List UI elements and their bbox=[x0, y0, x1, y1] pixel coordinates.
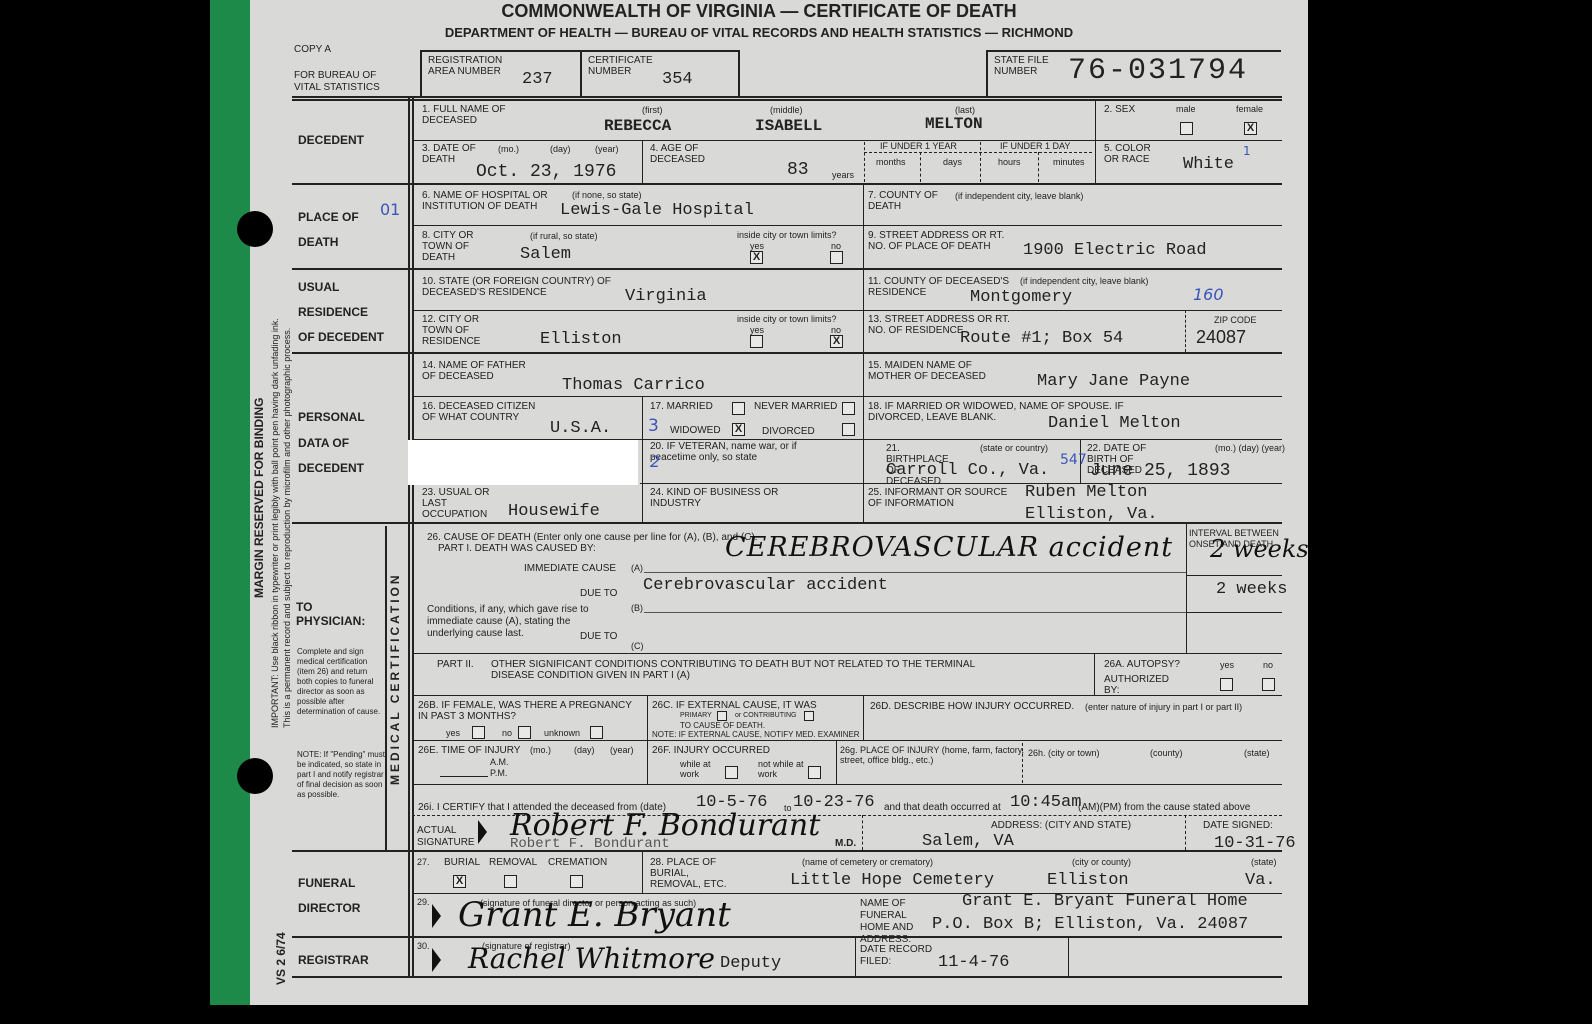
county-residence-hint: (if independent city, leave blank) bbox=[1020, 276, 1148, 286]
divider bbox=[412, 140, 1282, 141]
inside-limits-label: inside city or town limits? bbox=[737, 230, 837, 240]
divider bbox=[863, 183, 864, 352]
section-personal-data: PERSONAL bbox=[298, 410, 365, 424]
funeral-director-signature[interactable]: Grant E. Bryant bbox=[458, 895, 731, 935]
physician-address-value: Salem, VA bbox=[922, 832, 1014, 851]
certificate-number: 354 bbox=[662, 70, 693, 89]
divider bbox=[412, 740, 1282, 741]
important-note: IMPORTANT: Use black ribbon in typewrite… bbox=[270, 318, 280, 728]
divorced-label: DIVORCED bbox=[762, 426, 815, 437]
residence-inside-no-checkbox[interactable]: X bbox=[830, 335, 843, 348]
street-of-death-value: 1900 Electric Road bbox=[1023, 241, 1207, 260]
full-name-label: 1. FULL NAME OF DECEASED bbox=[422, 104, 522, 126]
arrow-icon bbox=[432, 904, 441, 928]
section-physician: PHYSICIAN: bbox=[296, 614, 365, 628]
marital-code: 3 bbox=[648, 416, 659, 436]
months-label: months bbox=[876, 157, 906, 167]
divorced-checkbox[interactable] bbox=[842, 423, 855, 436]
divider bbox=[862, 815, 863, 850]
line-b-label: (B) bbox=[631, 603, 643, 613]
divider bbox=[580, 50, 582, 96]
primary-label: PRIMARY bbox=[680, 712, 712, 719]
item-29-label: 29. bbox=[417, 897, 430, 907]
cause-of-death-label: 26. CAUSE OF DEATH (Enter only one cause… bbox=[427, 532, 757, 543]
widowed-checkbox[interactable]: X bbox=[732, 423, 745, 436]
citizen-label: 16. DECEASED CITIZEN OF WHAT COUNTRY bbox=[422, 401, 552, 423]
external-cause-label: 26c. IF EXTERNAL CAUSE, IT WAS bbox=[652, 700, 817, 711]
divider bbox=[1038, 152, 1039, 182]
copy-for: FOR BUREAU OF bbox=[294, 70, 376, 81]
married-label: 17. MARRIED bbox=[650, 401, 713, 412]
cremation-checkbox[interactable] bbox=[570, 875, 583, 888]
md-label: M.D. bbox=[835, 838, 856, 849]
not-while-at-work-label: not while at work bbox=[758, 759, 808, 779]
divider bbox=[292, 96, 1282, 98]
date-filed-label: DATE RECORD FILED: bbox=[860, 944, 935, 968]
residence-inside-yes-checkbox[interactable] bbox=[750, 335, 763, 348]
divider bbox=[855, 936, 856, 976]
occupation-label: 23. USUAL OR LAST OCCUPATION bbox=[422, 487, 512, 520]
dob-hint: (mo.) (day) (year) bbox=[1215, 443, 1285, 453]
divider bbox=[412, 784, 1282, 785]
cemetery-hint: (name of cemetery or crematory) bbox=[802, 857, 933, 867]
autopsy-yes-checkbox[interactable] bbox=[1220, 678, 1233, 691]
father-label: 14. NAME OF FATHER OF DECEASED bbox=[422, 360, 532, 382]
removal-label: REMOVAL bbox=[489, 857, 537, 868]
cremation-label: CREMATION bbox=[548, 857, 607, 868]
certify-text: (AM)(PM) from the cause stated above bbox=[1078, 802, 1250, 813]
dob-value: June 25, 1893 bbox=[1090, 461, 1230, 481]
divider bbox=[644, 572, 1186, 573]
date-signed-value: 10-31-76 bbox=[1214, 834, 1296, 853]
section-registrar: REGISTRAR bbox=[298, 953, 369, 967]
street-of-death-label: 9. STREET ADDRESS OR RT. NO. OF PLACE OF… bbox=[868, 230, 1008, 252]
occupation-value: Housewife bbox=[508, 502, 600, 521]
part1-label: PART I. DEATH WAS CAUSED BY: bbox=[438, 543, 596, 554]
father-value: Thomas Carrico bbox=[562, 376, 705, 395]
middle-name-label: (middle) bbox=[770, 105, 803, 115]
section-physician: TO bbox=[296, 600, 312, 614]
state-file-label: STATE FILE NUMBER bbox=[994, 55, 1064, 77]
section-residence: RESIDENCE bbox=[298, 305, 368, 319]
injury-occurred-label: 26f. INJURY OCCURRED bbox=[652, 745, 770, 756]
middle-name-value: ISABELL bbox=[755, 117, 822, 135]
birthplace-code: 547 bbox=[1060, 452, 1087, 468]
binding-margin-text: MARGIN RESERVED FOR BINDING bbox=[252, 398, 266, 598]
first-name-label: (first) bbox=[642, 105, 663, 115]
veteran-label: 20. IF VETERAN, name war, or if peacetim… bbox=[650, 441, 820, 463]
minutes-label: minutes bbox=[1053, 157, 1085, 167]
year-label: (year) bbox=[595, 144, 619, 154]
punch-hole bbox=[237, 758, 273, 794]
day-label: (day) bbox=[550, 144, 571, 154]
divider bbox=[292, 99, 1282, 101]
yes-label: yes bbox=[446, 728, 460, 738]
physician-address-label: ADDRESS: (CITY AND STATE) bbox=[991, 820, 1131, 831]
no-label: no bbox=[831, 325, 841, 335]
divider bbox=[836, 740, 837, 784]
sex-female-checkbox[interactable]: X bbox=[1244, 122, 1257, 135]
punch-hole bbox=[237, 211, 273, 247]
due-to-label: DUE TO bbox=[580, 588, 617, 599]
funeral-home-label: NAME OF FUNERAL HOME AND ADDRESS: bbox=[860, 898, 935, 946]
physician-typed-name: Robert F. Bondurant bbox=[510, 836, 670, 852]
divider bbox=[292, 183, 1282, 185]
divider bbox=[980, 142, 981, 182]
never-married-label: NEVER MARRIED bbox=[754, 401, 837, 412]
divider bbox=[292, 850, 1282, 852]
no-label: no bbox=[1263, 660, 1273, 670]
medical-certification-label: MEDICAL CERTIFICATION bbox=[388, 572, 402, 785]
divider bbox=[1186, 522, 1187, 653]
last-name-value: MELTON bbox=[925, 115, 983, 133]
sex-label: 2. SEX bbox=[1104, 104, 1135, 115]
state-file-number: 76-031794 bbox=[1068, 54, 1248, 88]
state-residence-label: 10. STATE (OR FOREIGN COUNTRY) OF DECEAS… bbox=[422, 276, 612, 298]
copy-for: VITAL STATISTICS bbox=[294, 82, 380, 93]
form-code: VS 2 6/74 bbox=[274, 932, 288, 985]
hospital-value: Lewis-Gale Hospital bbox=[560, 201, 754, 220]
no-label: no bbox=[502, 728, 512, 738]
state-hint: (state) bbox=[1251, 857, 1277, 867]
physician-note: Complete and sign medical certification … bbox=[297, 647, 385, 717]
certificate-number-label: CERTIFICATE NUMBER bbox=[588, 55, 668, 77]
race-label: 5. COLOR OR RACE bbox=[1104, 143, 1164, 165]
street-residence-value: Route #1; Box 54 bbox=[960, 329, 1123, 348]
birthplace-hint: (state or country) bbox=[980, 443, 1048, 453]
city-of-death-label: 8. CITY OR TOWN OF DEATH bbox=[422, 230, 502, 263]
interval-typed: 2 weeks bbox=[1216, 580, 1287, 599]
actual-signature-label: ACTUAL SIGNATURE bbox=[417, 825, 477, 849]
removal-checkbox[interactable] bbox=[504, 875, 517, 888]
date-filed-value: 11-4-76 bbox=[938, 953, 1009, 972]
am-label: A.M. bbox=[490, 757, 509, 767]
divider bbox=[292, 976, 1282, 978]
under-day-label: IF UNDER 1 DAY bbox=[1000, 141, 1070, 151]
divider bbox=[1185, 815, 1186, 850]
pregnancy-unknown-checkbox[interactable] bbox=[590, 726, 603, 739]
veteran-code: 2 bbox=[650, 452, 660, 471]
last-name-label: (last) bbox=[955, 105, 975, 115]
divider bbox=[292, 936, 1282, 938]
primary-checkbox[interactable] bbox=[717, 711, 727, 721]
injury-county-label: (county) bbox=[1150, 748, 1183, 758]
informant-value: Ruben Melton bbox=[1025, 483, 1147, 502]
pregnancy-yes-checkbox[interactable] bbox=[472, 726, 485, 739]
city-residence-value: Elliston bbox=[540, 330, 622, 349]
divider bbox=[1095, 99, 1096, 183]
section-place-of-death: DEATH bbox=[298, 235, 338, 249]
place-of-injury-label: 26g. PLACE OF INJURY (home, farm, factor… bbox=[840, 745, 1030, 765]
place-code: 01 bbox=[380, 200, 400, 219]
immediate-cause-label: IMMEDIATE CAUSE bbox=[524, 563, 616, 574]
city-hint: (city or county) bbox=[1072, 857, 1131, 867]
section-funeral-director: FUNERAL bbox=[298, 876, 355, 890]
section-place-of-death: PLACE OF bbox=[298, 210, 359, 224]
part2-label: PART II. bbox=[437, 659, 474, 670]
time-of-injury-label: 26e. TIME OF INJURY bbox=[418, 745, 520, 756]
yes-label: yes bbox=[750, 241, 764, 251]
divider bbox=[642, 850, 643, 893]
funeral-home-name: Grant E. Bryant Funeral Home bbox=[962, 892, 1248, 911]
line-c-label: (C) bbox=[631, 641, 644, 651]
hours-label: hours bbox=[998, 157, 1021, 167]
section-personal-data: DATA OF bbox=[298, 436, 349, 450]
sex-male-checkbox[interactable] bbox=[1180, 122, 1193, 135]
under-year-label: IF UNDER 1 YEAR bbox=[880, 141, 957, 151]
mother-value: Mary Jane Payne bbox=[1037, 372, 1190, 391]
certify-text: and that death occurred at bbox=[884, 802, 1001, 813]
registrar-title: Deputy bbox=[720, 954, 781, 973]
external-cause-note: NOTE: IF EXTERNAL CAUSE, NOTIFY MED. EXA… bbox=[652, 730, 860, 739]
divider bbox=[1068, 936, 1069, 976]
spouse-value: Daniel Melton bbox=[1048, 414, 1181, 433]
date-signed-label: DATE SIGNED: bbox=[1203, 820, 1273, 831]
redacted-block bbox=[408, 440, 638, 485]
hospital-hint: (if none, so state) bbox=[572, 190, 642, 200]
divider bbox=[1022, 743, 1023, 783]
race-value: White bbox=[1183, 155, 1234, 174]
line-a-label: (A) bbox=[631, 563, 643, 573]
authorized-label: AUTHORIZED BY: bbox=[1104, 674, 1164, 696]
divider bbox=[292, 352, 1282, 354]
informant-label: 25. INFORMANT OR SOURCE OF INFORMATION bbox=[868, 487, 1008, 509]
injury-state-label: (state) bbox=[1244, 748, 1270, 758]
autopsy-label: 26a. AUTOPSY? bbox=[1104, 659, 1180, 670]
widowed-label: WIDOWED bbox=[670, 425, 721, 436]
item-30-label: 30. bbox=[417, 941, 430, 951]
contributing-checkbox[interactable] bbox=[804, 711, 814, 721]
first-name-value: REBECCA bbox=[604, 117, 671, 135]
section-decedent: DECEDENT bbox=[298, 133, 364, 147]
binding-stripe bbox=[210, 0, 250, 1005]
section-residence: OF DECEDENT bbox=[298, 330, 384, 344]
county-code: 160 bbox=[1193, 285, 1224, 304]
citizen-value: U.S.A. bbox=[550, 419, 611, 438]
business-label: 24. KIND OF BUSINESS OR INDUSTRY bbox=[650, 487, 780, 509]
due-to-label: DUE TO bbox=[580, 631, 617, 642]
pending-note: NOTE: If "Pending" must be indicated, so… bbox=[297, 750, 385, 800]
mother-label: 15. MAIDEN NAME OF MOTHER OF DECEASED bbox=[868, 360, 998, 382]
day-label: (day) bbox=[574, 745, 595, 755]
section-residence: USUAL bbox=[298, 280, 339, 294]
section-personal-data: DECEDENT bbox=[298, 461, 364, 475]
month-label: (mo.) bbox=[498, 144, 519, 154]
arrow-icon bbox=[432, 948, 441, 972]
unknown-label: unknown bbox=[544, 728, 580, 738]
cemetery-city-value: Elliston bbox=[1047, 871, 1129, 890]
divider bbox=[863, 352, 864, 522]
female-label: female bbox=[1236, 104, 1263, 114]
date-of-death-value: Oct. 23, 1976 bbox=[476, 162, 616, 182]
certificate-title: COMMONWEALTH OF VIRGINIA — CERTIFICATE O… bbox=[210, 1, 1308, 22]
years-label: years bbox=[832, 170, 854, 180]
pregnancy-no-checkbox[interactable] bbox=[518, 726, 531, 739]
inside-limits-label: inside city or town limits? bbox=[737, 314, 837, 324]
copy-label: COPY A bbox=[294, 44, 331, 55]
divider bbox=[864, 152, 1092, 153]
zip-value: 24087 bbox=[1196, 327, 1246, 348]
divider bbox=[412, 96, 414, 976]
place-of-burial-label: 28. PLACE OF BURIAL, REMOVAL, ETC. bbox=[650, 857, 735, 890]
death-certificate: COMMONWEALTH OF VIRGINIA — CERTIFICATE O… bbox=[210, 0, 1308, 1005]
married-checkbox[interactable] bbox=[732, 402, 745, 415]
inside-limits-no-checkbox[interactable] bbox=[830, 251, 843, 264]
pm-label: P.M. bbox=[490, 768, 507, 778]
divider bbox=[1186, 575, 1282, 576]
burial-label: BURIAL bbox=[444, 857, 480, 868]
yes-label: yes bbox=[750, 325, 764, 335]
male-label: male bbox=[1176, 104, 1196, 114]
cause-handwritten: CEREBROVASCULAR accident bbox=[725, 532, 1173, 563]
while-at-work-label: while at work bbox=[680, 759, 720, 779]
city-residence-label: 12. CITY OR TOWN OF RESIDENCE bbox=[422, 314, 512, 347]
injury-description-label: 26d. DESCRIBE HOW INJURY OCCURRED. bbox=[870, 701, 1074, 712]
divider bbox=[642, 396, 643, 522]
divider bbox=[412, 310, 1282, 311]
divider bbox=[1186, 612, 1282, 613]
city-of-death-value: Salem bbox=[520, 245, 571, 264]
county-of-death-hint: (if independent city, leave blank) bbox=[955, 191, 1083, 201]
divider bbox=[412, 396, 1282, 397]
burial-checkbox[interactable]: X bbox=[453, 875, 466, 888]
hospital-label: 6. NAME OF HOSPITAL OR INSTITUTION OF DE… bbox=[422, 190, 562, 212]
divider bbox=[440, 776, 488, 777]
date-of-death-label: 3. DATE OF DEATH bbox=[422, 143, 482, 165]
part2-text: OTHER SIGNIFICANT CONDITIONS CONTRIBUTIN… bbox=[491, 659, 1011, 681]
divider bbox=[1094, 653, 1095, 695]
inside-limits-yes-checkbox[interactable]: X bbox=[750, 251, 763, 264]
certificate-subtitle: DEPARTMENT OF HEALTH — BUREAU OF VITAL R… bbox=[210, 25, 1308, 40]
city-of-death-hint: (if rural, so state) bbox=[530, 231, 598, 241]
injury-description-hint: (enter nature of injury in part I or par… bbox=[1085, 702, 1242, 712]
age-label: 4. AGE OF DECEASED bbox=[650, 143, 725, 165]
divider bbox=[292, 268, 1282, 270]
section-funeral-director: DIRECTOR bbox=[298, 901, 360, 915]
divider bbox=[863, 695, 864, 740]
zip-label: ZIP CODE bbox=[1214, 315, 1256, 325]
divider bbox=[647, 695, 648, 784]
while-at-work-checkbox[interactable] bbox=[725, 766, 738, 779]
cemetery-value: Little Hope Cemetery bbox=[790, 871, 994, 890]
divider bbox=[642, 140, 643, 183]
funeral-home-address: P.O. Box B; Elliston, Va. 24087 bbox=[932, 915, 1248, 934]
days-label: days bbox=[943, 157, 962, 167]
age-value: 83 bbox=[787, 160, 809, 180]
autopsy-no-checkbox[interactable] bbox=[1262, 678, 1275, 691]
to-cause-label: TO CAUSE OF DEATH. bbox=[680, 721, 765, 730]
divider bbox=[644, 612, 1186, 613]
cemetery-state-value: Va. bbox=[1245, 871, 1276, 890]
interval-handwritten: 2 weeks bbox=[1210, 535, 1309, 563]
arrow-icon bbox=[478, 820, 487, 844]
injury-city-label: 26h. (city or town) bbox=[1028, 748, 1100, 758]
state-residence-value: Virginia bbox=[625, 287, 707, 306]
race-code: 1 bbox=[1243, 144, 1251, 158]
birthplace-value: Carroll Co., Va. bbox=[886, 461, 1049, 480]
divider bbox=[920, 152, 921, 182]
pregnancy-label: 26b. IF FEMALE, WAS THERE A PREGNANCY IN… bbox=[418, 700, 633, 722]
county-residence-value: Montgomery bbox=[970, 288, 1072, 307]
month-label: (mo.) bbox=[530, 745, 551, 755]
divider bbox=[1185, 310, 1186, 352]
item-27-label: 27. bbox=[417, 857, 430, 867]
contributing-label: or CONTRIBUTING bbox=[735, 712, 796, 719]
never-married-checkbox[interactable] bbox=[842, 402, 855, 415]
divider bbox=[385, 526, 387, 850]
yes-label: yes bbox=[1220, 660, 1234, 670]
divider bbox=[412, 653, 1282, 654]
informant-address: Elliston, Va. bbox=[1025, 505, 1158, 524]
time-of-death: 10:45am bbox=[1010, 793, 1081, 812]
registration-area-label: REGISTRATION AREA NUMBER bbox=[428, 55, 518, 77]
divider bbox=[864, 142, 865, 182]
divider bbox=[412, 225, 1282, 226]
divider bbox=[640, 483, 1282, 484]
divider bbox=[408, 96, 410, 976]
important-note: This is a permanent record and subject t… bbox=[282, 328, 292, 728]
not-while-at-work-checkbox[interactable] bbox=[808, 766, 821, 779]
registration-area-number: 237 bbox=[522, 70, 553, 89]
cause-typed: Cerebrovascular accident bbox=[643, 576, 888, 595]
year-label: (year) bbox=[610, 745, 634, 755]
registrar-signature[interactable]: Rachel Whitmore bbox=[468, 942, 715, 975]
no-label: no bbox=[831, 241, 841, 251]
county-of-death-label: 7. COUNTY OF DEATH bbox=[868, 190, 938, 212]
